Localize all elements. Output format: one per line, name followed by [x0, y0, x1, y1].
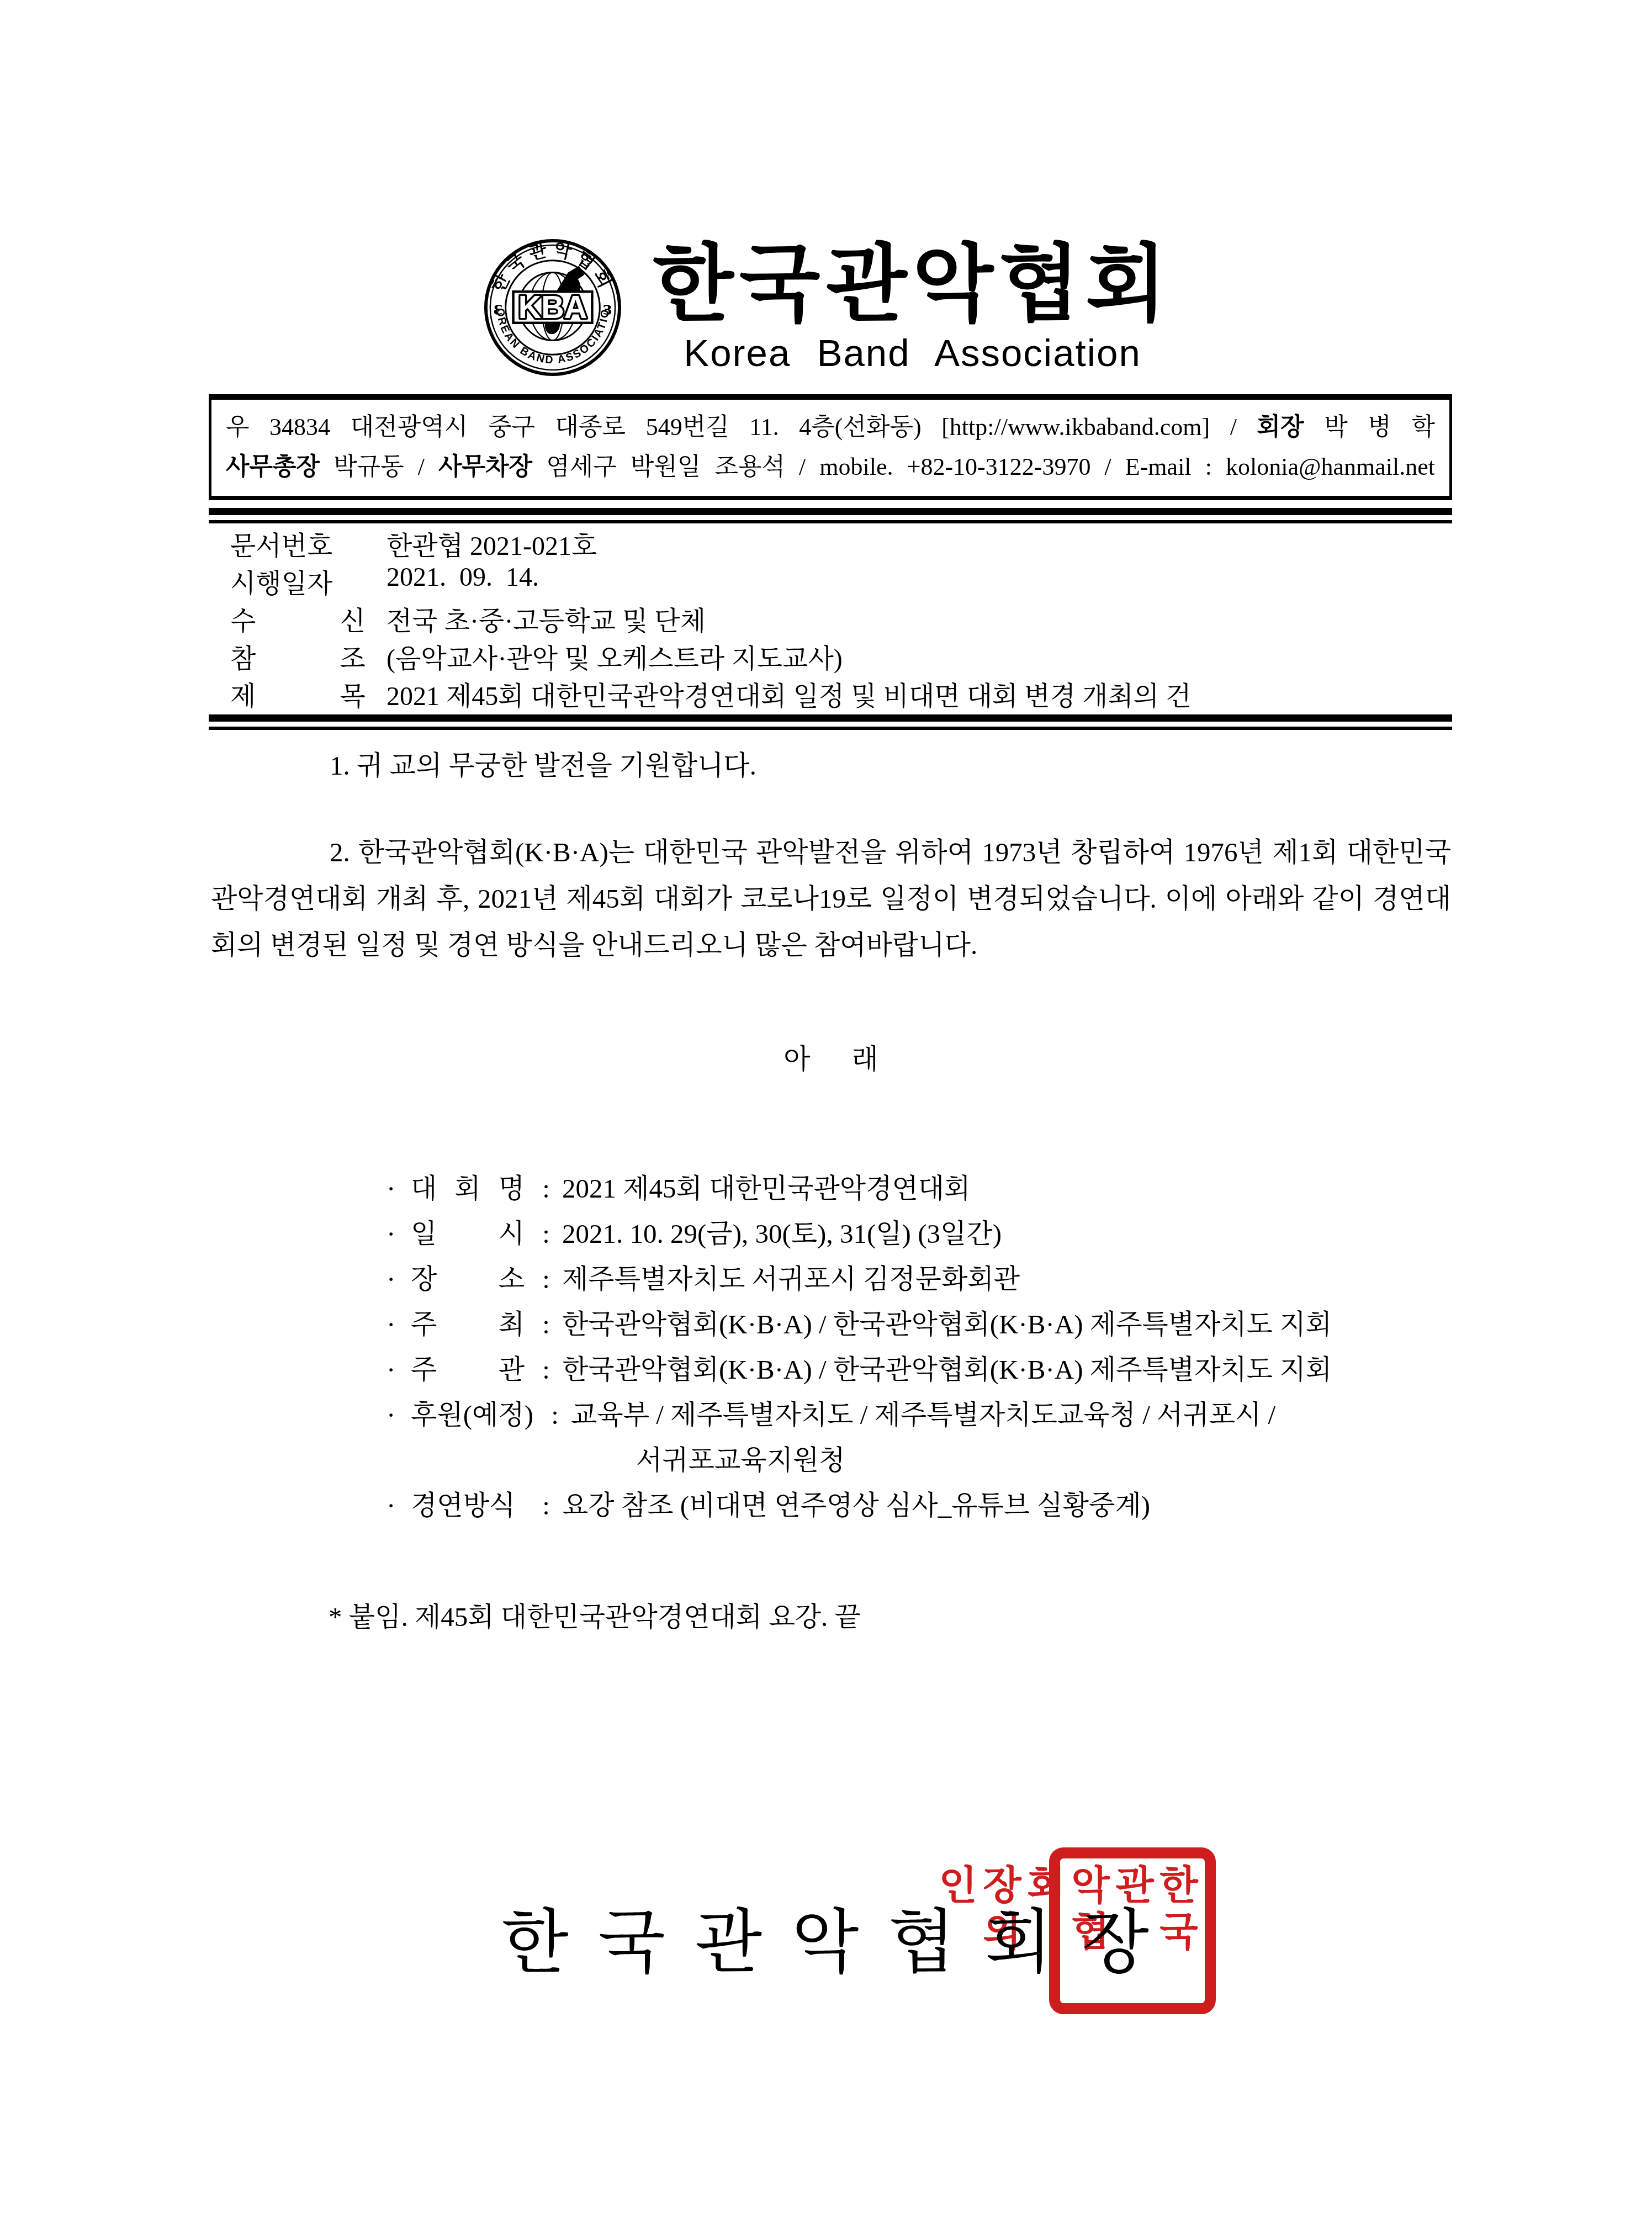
- chairman-label: 회장: [1257, 414, 1304, 441]
- colon-separator: :: [542, 1392, 568, 1438]
- detail-item-host: · 주 최 : 한국관악협회(K·B·A) / 한국관악협회(K·B·A) 제주…: [386, 1302, 1332, 1347]
- kba-logo: 한국관악협회 KOREAN BAND ASSOCIATION ε ε KBA: [481, 236, 624, 379]
- doc-recipient-row: 수 신 전국 초·중·고등학교 및 단체: [230, 600, 1192, 637]
- detail-item-value: 2021 제45회 대한민국관악경연대회: [562, 1173, 971, 1204]
- doc-info-value: 2021 제45회 대한민국관악경연대회 일정 및 비대면 대회 변경 개최의 …: [386, 675, 1192, 713]
- doc-date-row: 시행일자 2021. 09. 14.: [230, 562, 1192, 600]
- bullet-icon: ·: [386, 1257, 411, 1302]
- detail-item-value: 2021. 10. 29(금), 30(토), 31(일) (3일간): [562, 1219, 1002, 1249]
- bullet-icon: ·: [386, 1166, 411, 1211]
- svg-text:한국관악협회: 한국관악협회: [487, 239, 618, 295]
- divider-double-rule-bottom: [209, 714, 1452, 730]
- doc-info-label: 수 신: [230, 600, 366, 638]
- org-titles: 한국관악협회 Korea Band Association: [653, 236, 1172, 375]
- colon-separator: :: [533, 1257, 559, 1302]
- doc-info-value: 전국 초·중·고등학교 및 단체: [386, 600, 706, 638]
- doc-info-label: 참 조: [230, 637, 366, 675]
- doc-number-row: 문서번호 한관협 2021-021호: [230, 525, 1192, 562]
- contact-address: 우 34834 대전광역시 중구 대종로 549번길 11. 4층(선화동) […: [226, 414, 1257, 441]
- doc-info-label: 제 목: [230, 675, 366, 713]
- secretary-general-label: 사무총장: [226, 453, 320, 480]
- event-details-list: · 대 회 명 : 2021 제45회 대한민국관악경연대회 · 일 시 : 2…: [386, 1166, 1332, 1528]
- chairman-name: 박 병 학: [1304, 414, 1435, 441]
- detail-item-value: 제주특별자치도 서귀포시 김정문화회관: [562, 1264, 1020, 1294]
- divider-double-rule-top: [209, 508, 1452, 523]
- below-heading: 아 래: [211, 1037, 1451, 1077]
- colon-separator: :: [533, 1302, 559, 1347]
- colon-separator: :: [533, 1211, 559, 1257]
- detail-item-value: 한국관악협회(K·B·A) / 한국관악협회(K·B·A) 제주특별자치도 지회: [562, 1354, 1332, 1385]
- doc-info-value: (음악교사·관악 및 오케스트라 지도교사): [386, 637, 843, 675]
- notice-paragraph: 2. 한국관악협회(K·B·A)는 대한민국 관악발전을 위하여 1973년 창…: [211, 829, 1451, 968]
- detail-item-label: 장 소: [411, 1257, 525, 1302]
- colon-separator: :: [533, 1483, 559, 1528]
- org-title-korean: 한국관악협회: [653, 241, 1172, 329]
- deputy-secretary-contacts: 염세구 박원일 조용석 / mobile. +82-10-3122-3970 /…: [532, 453, 1435, 480]
- detail-item-label: 대 회 명: [411, 1166, 525, 1211]
- detail-item-label: 일 시: [411, 1211, 525, 1257]
- signature-title: 한 국 관 악 협 회 장: [501, 1906, 1149, 1980]
- detail-item-label: 후원(예정): [411, 1392, 533, 1438]
- bullet-icon: ·: [386, 1483, 411, 1528]
- detail-item-label: 주 최: [411, 1302, 525, 1347]
- doc-reference-row: 참 조 (음악교사·관악 및 오케스트라 지도교사): [230, 637, 1192, 675]
- official-document-page: 한국관악협회 KOREAN BAND ASSOCIATION ε ε KBA 한…: [0, 0, 1652, 2219]
- bullet-icon: ·: [386, 1347, 411, 1392]
- colon-separator: :: [533, 1347, 559, 1392]
- bullet-icon: ·: [386, 1211, 411, 1257]
- logo-right-swirl-icon: ε: [603, 296, 612, 320]
- detail-item-value: 요강 참조 (비대면 연주영상 심사_유튜브 실황중계): [562, 1490, 1150, 1521]
- detail-item-event-name: · 대 회 명 : 2021 제45회 대한민국관악경연대회: [386, 1166, 1332, 1211]
- colon-separator: :: [533, 1166, 559, 1211]
- detail-item-value: 한국관악협회(K·B·A) / 한국관악협회(K·B·A) 제주특별자치도 지회: [562, 1309, 1332, 1339]
- detail-item-label: 주 관: [411, 1347, 525, 1392]
- doc-subject-row: 제 목 2021 제45회 대한민국관악경연대회 일정 및 비대면 대회 변경 …: [230, 675, 1192, 712]
- bullet-icon: ·: [386, 1392, 411, 1438]
- deputy-secretary-label: 사무차장: [438, 453, 532, 480]
- detail-item-label: 경연방식: [411, 1483, 525, 1528]
- detail-item-sponsors: · 후원(예정) : 교육부 / 제주특별자치도 / 제주특별자치도교육청 / …: [386, 1392, 1332, 1483]
- logo-kba-text: KBA: [518, 290, 587, 325]
- greeting-paragraph: 1. 귀 교의 무궁한 발전을 기원합니다.: [211, 744, 1451, 783]
- contact-line-1: 우 34834 대전광역시 중구 대종로 549번길 11. 4층(선화동) […: [226, 407, 1435, 447]
- contact-line-2: 사무총장 박규동 / 사무차장 염세구 박원일 조용석 / mobile. +8…: [226, 447, 1435, 487]
- detail-item-venue: · 장 소 : 제주특별자치도 서귀포시 김정문화회관: [386, 1257, 1332, 1302]
- detail-item-date: · 일 시 : 2021. 10. 29(금), 30(토), 31(일) (3…: [386, 1211, 1332, 1257]
- contact-info-box: 우 34834 대전광역시 중구 대종로 549번길 11. 4층(선화동) […: [209, 394, 1452, 500]
- secretary-general-name: 박규동 /: [320, 453, 438, 480]
- bullet-icon: ·: [386, 1302, 411, 1347]
- doc-info-value: 2021. 09. 14.: [386, 562, 539, 592]
- logo-ring-top-text: 한국관악협회: [487, 239, 618, 295]
- letterhead: 한국관악협회 KOREAN BAND ASSOCIATION ε ε KBA 한…: [481, 236, 1172, 379]
- document-info-table: 문서번호 한관협 2021-021호 시행일자 2021. 09. 14. 수 …: [230, 525, 1192, 712]
- logo-left-swirl-icon: ε: [494, 296, 502, 320]
- doc-info-label: 시행일자: [230, 562, 366, 600]
- detail-item-format: · 경연방식 : 요강 참조 (비대면 연주영상 심사_유튜브 실황중계): [386, 1483, 1332, 1528]
- detail-item-value-continued: 서귀포교육지원청: [571, 1438, 1275, 1483]
- detail-item-value: 교육부 / 제주특별자치도 / 제주특별자치도교육청 / 서귀포시 /: [571, 1392, 1275, 1438]
- doc-info-value: 한관협 2021-021호: [386, 525, 597, 563]
- detail-item-organizer: · 주 관 : 한국관악협회(K·B·A) / 한국관악협회(K·B·A) 제주…: [386, 1347, 1332, 1392]
- doc-info-label: 문서번호: [230, 525, 366, 563]
- attachment-note: * 붙임. 제45회 대한민국관악경연대회 요강. 끝: [329, 1596, 861, 1634]
- org-title-english: Korea Band Association: [684, 331, 1141, 375]
